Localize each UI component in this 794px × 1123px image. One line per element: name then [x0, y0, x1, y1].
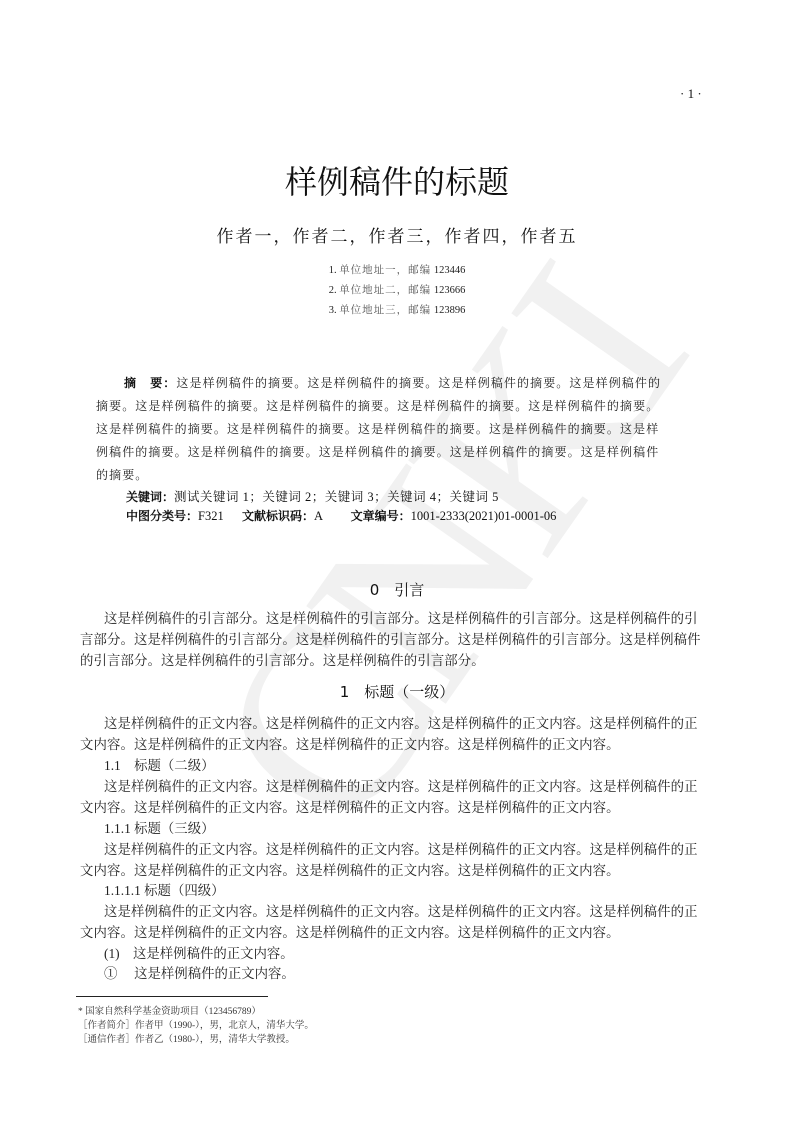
h2-line-2: 文内容。这是样例稿件的正文内容。这是样例稿件的正文内容。这是样例稿件的正文内容。 [80, 797, 620, 816]
abstract-line-4: 例稿件的摘要。这是样例稿件的摘要。这是样例稿件的摘要。这是样例稿件的摘要。这是样… [96, 443, 659, 460]
footnote-author-bio: ［作者简介］作者甲（1990-），男，北京人，清华大学。 [78, 1017, 314, 1031]
h1-line-1: 这是样例稿件的正文内容。这是样例稿件的正文内容。这是样例稿件的正文内容。这是样例… [104, 713, 698, 732]
h3-line-2: 文内容。这是样例稿件的正文内容。这是样例稿件的正文内容。这是样例稿件的正文内容。 [80, 860, 620, 879]
keywords: 关键词：测试关键词 1；关键词 2；关键词 3；关键词 4；关键词 5 [126, 487, 499, 505]
footnote-funding: * 国家自然科学基金资助项目（123456789） [78, 1003, 261, 1017]
footnote-corresponding-author: ［通信作者］作者乙（1980-），男，清华大学教授。 [78, 1031, 295, 1045]
h4-line-2: 文内容。这是样例稿件的正文内容。这是样例稿件的正文内容。这是样例稿件的正文内容。 [80, 922, 620, 941]
list-item-circled: ① 这是样例稿件的正文内容。 [104, 963, 295, 982]
abstract-label: 摘 要： [124, 376, 176, 390]
intro-line-1: 这是样例稿件的引言部分。这是样例稿件的引言部分。这是样例稿件的引言部分。这是样例… [104, 608, 698, 627]
affiliation-1: 1. 单位地址一，邮编 123446 [0, 262, 794, 277]
section-heading-level1: 1 标题（一级） [0, 681, 794, 702]
intro-line-2: 言部分。这是样例稿件的引言部分。这是样例稿件的引言部分。这是样例稿件的引言部分。… [80, 629, 701, 648]
h4-line-1: 这是样例稿件的正文内容。这是样例稿件的正文内容。这是样例稿件的正文内容。这是样例… [104, 901, 698, 920]
list-item-numbered: (1) 这是样例稿件的正文内容。 [104, 943, 294, 962]
affiliation-2: 2. 单位地址二，邮编 123666 [0, 282, 794, 297]
abstract-line-2: 摘要。这是样例稿件的摘要。这是样例稿件的摘要。这是样例稿件的摘要。这是样例稿件的… [96, 397, 659, 414]
author-list: 作者一，作者二，作者三，作者四，作者五 [0, 222, 794, 247]
keywords-label: 关键词： [126, 490, 174, 504]
page-number: · 1 · [680, 86, 702, 102]
h3-line-1: 这是样例稿件的正文内容。这是样例稿件的正文内容。这是样例稿件的正文内容。这是样例… [104, 839, 698, 858]
intro-line-3: 的引言部分。这是样例稿件的引言部分。这是样例稿件的引言部分。 [80, 650, 485, 669]
abstract-line-5: 的摘要。 [96, 466, 148, 483]
classification-line: 中图分类号：F321 文献标识码：A 文章编号：1001-2333(2021)0… [126, 507, 556, 524]
section-heading-intro: 0 引言 [0, 579, 794, 600]
abstract-line-1: 摘 要：这是样例稿件的摘要。这是样例稿件的摘要。这是样例稿件的摘要。这是样例稿件… [124, 374, 661, 391]
affiliation-3: 3. 单位地址三，邮编 123896 [0, 302, 794, 317]
section-heading-level4: 1.1.1.1 标题（四级） [104, 880, 225, 899]
abstract-line-3: 这是样例稿件的摘要。这是样例稿件的摘要。这是样例稿件的摘要。这是样例稿件的摘要。… [96, 420, 659, 437]
h2-line-1: 这是样例稿件的正文内容。这是样例稿件的正文内容。这是样例稿件的正文内容。这是样例… [104, 776, 698, 795]
section-heading-level2: 1.1 标题（二级） [104, 755, 214, 774]
paper-title: 样例稿件的标题 [0, 157, 794, 203]
section-heading-level3: 1.1.1 标题（三级） [104, 818, 214, 837]
h1-line-2: 文内容。这是样例稿件的正文内容。这是样例稿件的正文内容。这是样例稿件的正文内容。 [80, 734, 620, 753]
footnote-divider [76, 996, 268, 997]
